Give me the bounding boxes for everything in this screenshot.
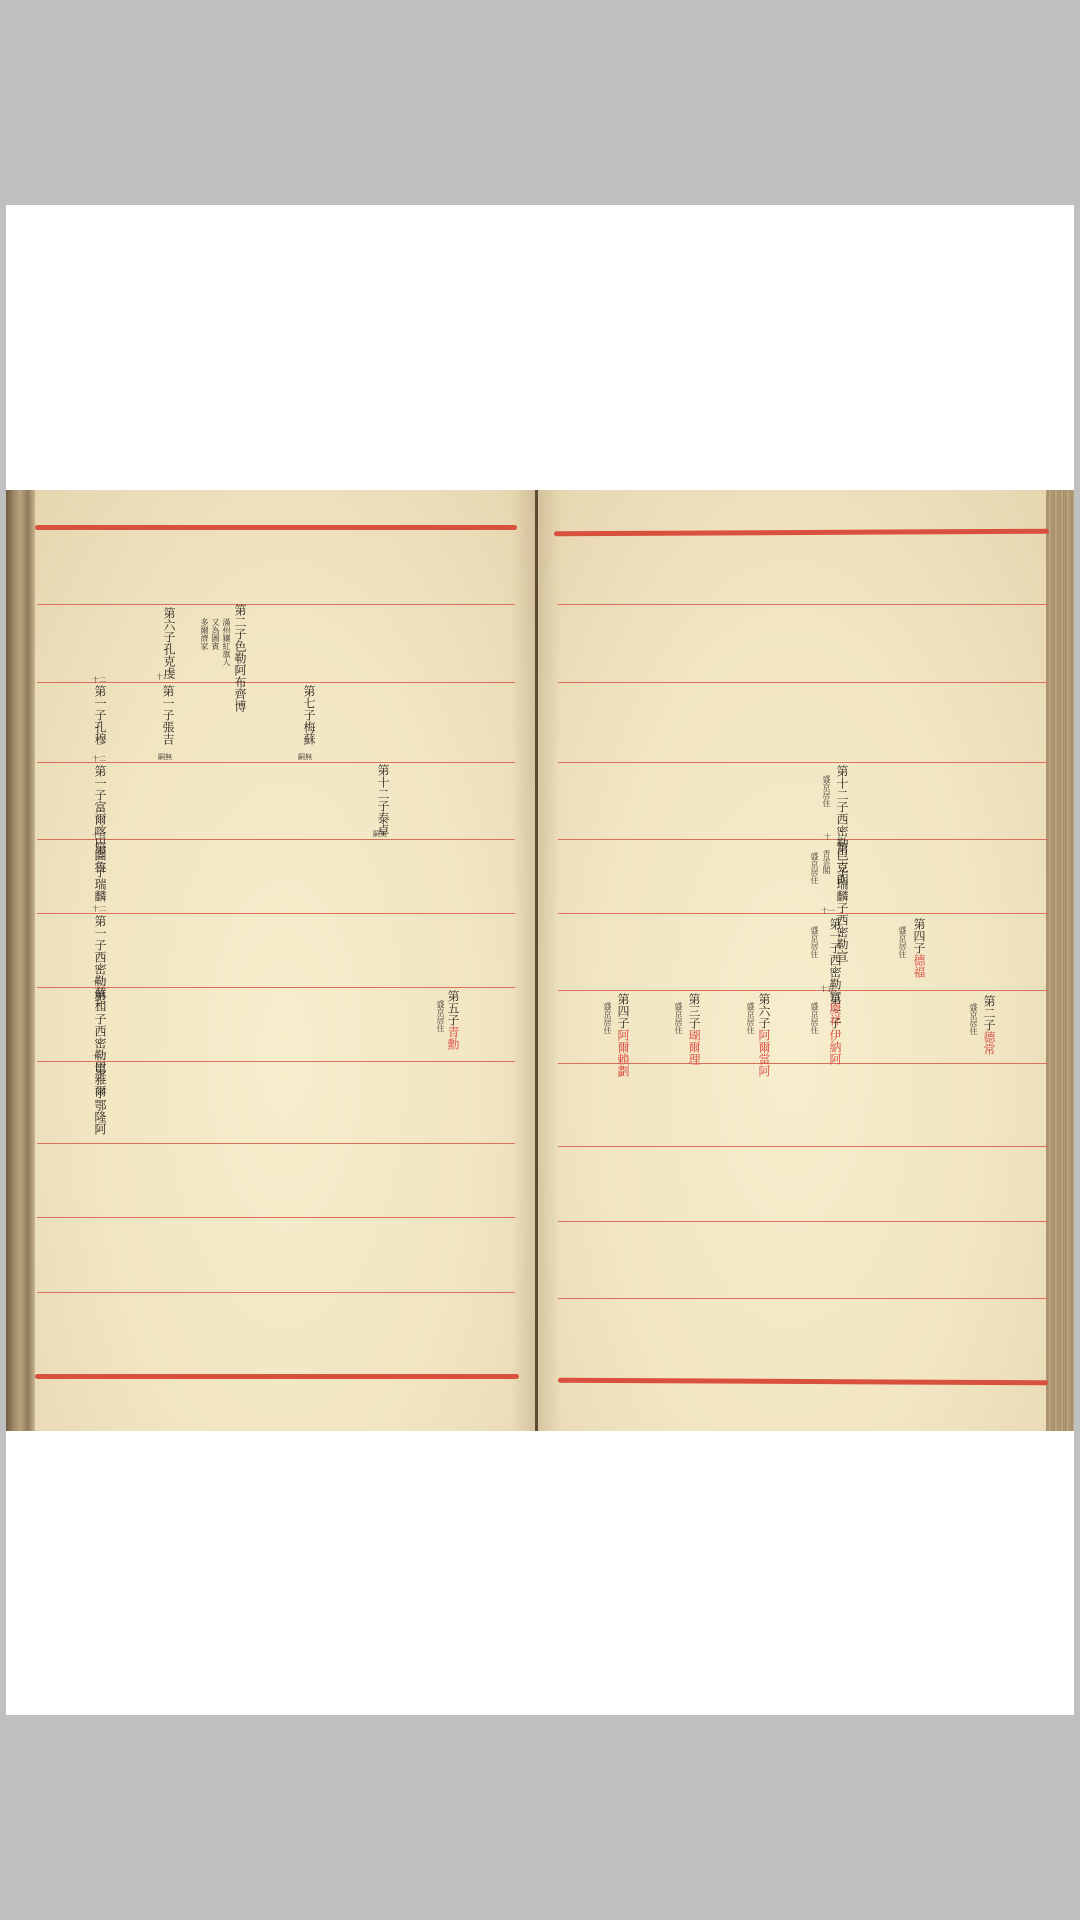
right-page — [538, 490, 1046, 1431]
genealogy-note: 嗣無 — [373, 829, 387, 839]
genealogy-note: 多爾濟家 — [200, 618, 208, 650]
genealogy-note: 盛京居住 — [603, 1002, 611, 1034]
genealogy-entry: 第六子阿爾當阿 — [758, 993, 770, 1077]
rule-top-thick-left — [35, 525, 517, 530]
genealogy-entry: 第十二子泰卓 — [377, 764, 389, 836]
genealogy-note: 盛京居住 — [822, 775, 830, 807]
rule-left — [37, 987, 515, 988]
genealogy-note: 盛京居住 — [674, 1002, 682, 1034]
rule-left — [37, 604, 515, 605]
book-left-edge — [6, 490, 35, 1431]
genealogy-entry: 第一子孔穆 — [94, 685, 106, 745]
rule-left — [37, 1292, 515, 1293]
rule-bottom-thick-left — [35, 1374, 519, 1379]
generation-mark: 十二 — [92, 754, 106, 764]
genealogy-note: 盛京居住 — [810, 926, 818, 958]
rule-right — [558, 1063, 1048, 1064]
genealogy-entry: 第六子孔克虔 — [163, 607, 175, 679]
genealogy-note: 盛京居住 — [810, 852, 818, 884]
generation-mark: 十二 — [92, 978, 106, 988]
genealogy-note: 嗣無 — [298, 752, 312, 762]
generation-mark: 十二 — [92, 831, 106, 841]
genealogy-entry: 第一子伊納阿 — [829, 993, 841, 1065]
genealogy-note: 盛京居住 — [898, 926, 906, 958]
rule-left — [37, 913, 515, 914]
rule-left — [37, 1143, 515, 1144]
genealogy-entry: 第一子鄂隆阿 — [94, 1063, 106, 1135]
genealogy-note: 盛京居住 — [810, 1002, 818, 1034]
genealogy-note: 盛京居住 — [969, 1003, 977, 1035]
rule-right — [558, 1221, 1048, 1222]
rule-left — [37, 1061, 515, 1062]
rule-left — [37, 762, 515, 763]
genealogy-entry: 第四子德福 — [913, 918, 925, 978]
rule-right — [558, 839, 1048, 840]
genealogy-entry: 第二子德常 — [983, 995, 995, 1055]
book-gutter — [535, 490, 538, 1431]
genealogy-entry: 第七子梅蘇 — [303, 685, 315, 745]
genealogy-entry: 第三子瑚爾理 — [688, 993, 700, 1065]
genealogy-entry: 第五子青勳 — [447, 990, 459, 1050]
genealogy-note: 滿州鑲紅旗人 — [222, 618, 230, 666]
genealogy-note: 又為圖賓 — [211, 618, 219, 650]
genealogy-note: 盛京居住 — [436, 1000, 444, 1032]
genealogy-entry: 第二子色勒阿布齊博 — [234, 604, 246, 712]
book-right-edge — [1046, 490, 1074, 1431]
genealogy-note: 青雲閣 — [822, 850, 830, 874]
genealogy-entry: 第四子阿爾賴劃 — [617, 993, 629, 1077]
generation-mark: 十二 — [92, 1052, 106, 1062]
left-page — [35, 490, 535, 1431]
generation-mark: 十二 — [92, 904, 106, 914]
rule-left — [37, 839, 515, 840]
rule-right — [558, 1146, 1048, 1147]
rule-right — [558, 682, 1048, 683]
generation-mark: 十二 — [92, 675, 106, 685]
rule-left — [37, 1217, 515, 1218]
rule-right — [558, 1298, 1048, 1299]
generation-mark: 十二 — [156, 672, 170, 682]
genealogy-entry: 第二子瑞麟 — [94, 842, 106, 902]
rule-right — [558, 990, 1048, 991]
rule-left — [37, 682, 515, 683]
rule-right — [558, 604, 1048, 605]
genealogy-entry: 第一子張吉 — [162, 685, 174, 745]
rule-right — [558, 913, 1048, 914]
generation-mark: 十一 — [821, 906, 835, 916]
genealogy-note: 盛京居住 — [746, 1002, 754, 1034]
scanned-book-spread: 第六子孔克虔 第二子色勒阿布齊博 滿州鑲紅旗人 又為圖賓 多爾濟家 十二 第一子… — [6, 490, 1074, 1431]
genealogy-note: 嗣無 — [158, 752, 172, 762]
rule-right — [558, 762, 1048, 763]
generation-mark: 十 — [824, 832, 831, 842]
